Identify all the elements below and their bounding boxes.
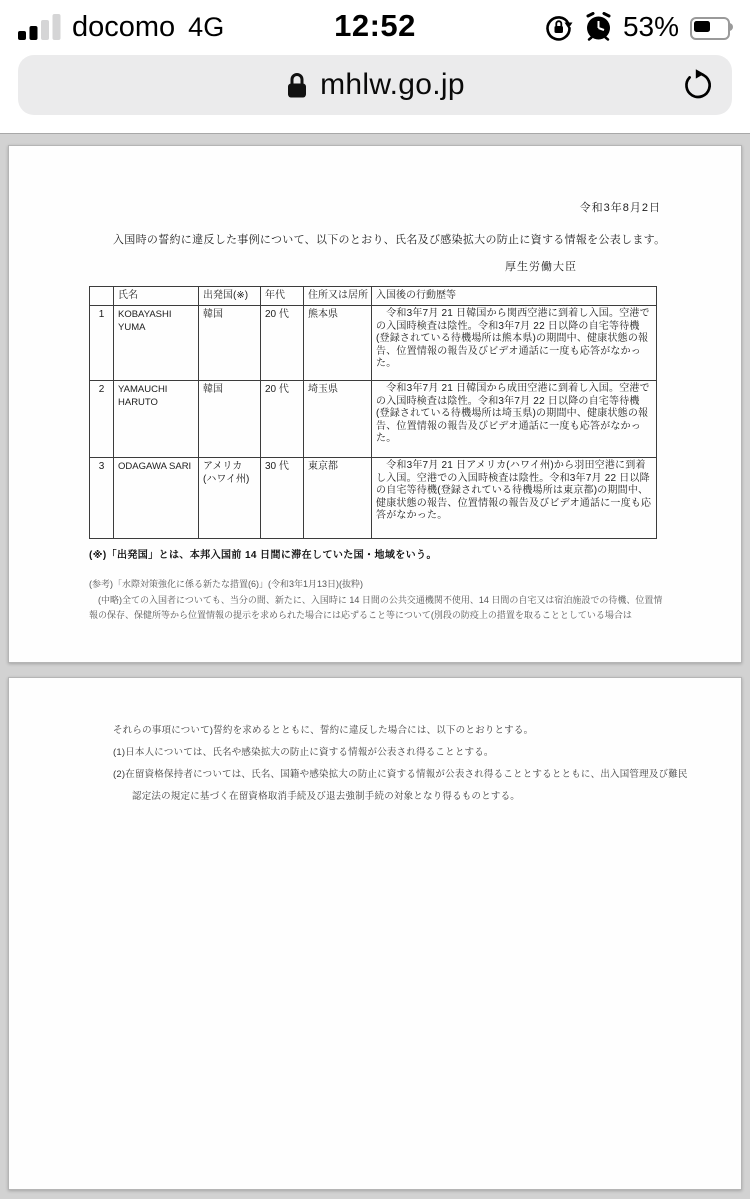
address-bar-domain: mhlw.go.jp — [320, 68, 465, 102]
battery-icon — [690, 16, 736, 38]
row-name: KOBAYASHI YUMA — [114, 306, 199, 381]
battery-percent-label: 53% — [623, 11, 679, 43]
row-country: アメリカ (ハワイ州) — [199, 458, 261, 539]
table-row: 2 YAMAUCHI HARUTO 韓国 20 代 埼玉県 令和3年7月 21 … — [90, 381, 657, 458]
col-header-index — [90, 287, 114, 306]
document-signature: 厚生労働大臣 — [505, 258, 577, 274]
orientation-lock-icon — [543, 12, 574, 43]
reference-body: (中略)全ての入国者についても、当分の間、新たに、入国時に 14 日間の公共交通… — [89, 593, 665, 624]
pdf-viewer[interactable]: 令和3年8月2日 入国時の誓約に違反した事例について、以下のとおり、氏名及び感染… — [0, 134, 750, 1199]
document-date: 令和3年8月2日 — [580, 199, 661, 215]
row-number: 2 — [90, 381, 114, 458]
pdf-page-2: それらの事項について)誓約を求めるとともに、誓約に違反した場合には、以下のとおり… — [8, 677, 742, 1190]
table-row: 1 KOBAYASHI YUMA 韓国 20 代 熊本県 令和3年7月 21 日… — [90, 306, 657, 381]
status-bar: docomo 4G 12:52 — [0, 0, 750, 54]
row-country: 韓国 — [199, 306, 261, 381]
col-header-residence: 住所又は居所 — [304, 287, 372, 306]
col-header-age: 年代 — [261, 287, 304, 306]
row-age: 20 代 — [261, 306, 304, 381]
page2-item-1: (1)日本人については、氏名や感染拡大の防止に資する情報が公表され得ることとする… — [113, 742, 697, 764]
row-age: 20 代 — [261, 381, 304, 458]
row-name: YAMAUCHI HARUTO — [114, 381, 199, 458]
reload-icon[interactable] — [680, 68, 714, 102]
page2-item-2: (2)在留資格保持者については、氏名、国籍や感染拡大の防止に資する情報が公表され… — [113, 764, 697, 808]
row-name: ODAGAWA SARI — [114, 458, 199, 539]
row-history: 令和3年7月 21 日アメリカ(ハワイ州)から羽田空港に到着し入国。空港での入国… — [372, 458, 657, 539]
row-residence: 熊本県 — [304, 306, 372, 381]
page2-text-block: それらの事項について)誓約を求めるとともに、誓約に違反した場合には、以下のとおり… — [113, 720, 697, 808]
reference-title: (参考)「水際対策強化に係る新たな措置(6)」(令和3年1月13日)(抜粋) — [89, 577, 665, 593]
table-footnote: (※)「出発国」とは、本邦入国前 14 日間に滞在していた国・地域をいう。 — [89, 546, 437, 561]
pdf-page-1: 令和3年8月2日 入国時の誓約に違反した事例について、以下のとおり、氏名及び感染… — [8, 145, 742, 663]
row-history: 令和3年7月 21 日韓国から成田空港に到着し入国。空港での入国時検査は陰性。令… — [372, 381, 657, 458]
violations-table: 氏名 出発国(※) 年代 住所又は居所 入国後の行動歴等 1 KOBAYASHI… — [89, 286, 657, 539]
safari-toolbar: mhlw.go.jp — [18, 55, 732, 115]
col-header-name: 氏名 — [114, 287, 199, 306]
col-header-country: 出発国(※) — [199, 287, 261, 306]
safari-header: docomo 4G 12:52 — [0, 0, 750, 134]
address-bar[interactable]: mhlw.go.jp — [18, 55, 732, 115]
document-intro: 入国時の誓約に違反した事例について、以下のとおり、氏名及び感染拡大の防止に資する… — [113, 231, 665, 247]
status-bar-right: 53% — [543, 0, 736, 54]
reference-note: (参考)「水際対策強化に係る新たな措置(6)」(令和3年1月13日)(抜粋) (… — [89, 577, 665, 624]
row-number: 3 — [90, 458, 114, 539]
col-header-history: 入国後の行動歴等 — [372, 287, 657, 306]
row-country: 韓国 — [199, 381, 261, 458]
https-lock-icon — [285, 70, 309, 100]
alarm-clock-icon — [583, 12, 614, 43]
row-residence: 東京都 — [304, 458, 372, 539]
table-header-row: 氏名 出発国(※) 年代 住所又は居所 入国後の行動歴等 — [90, 287, 657, 306]
row-residence: 埼玉県 — [304, 381, 372, 458]
row-number: 1 — [90, 306, 114, 381]
row-history: 令和3年7月 21 日韓国から関西空港に到着し入国。空港での入国時検査は陰性。令… — [372, 306, 657, 381]
table-row: 3 ODAGAWA SARI アメリカ (ハワイ州) 30 代 東京都 令和3年… — [90, 458, 657, 539]
page2-paragraph: それらの事項について)誓約を求めるとともに、誓約に違反した場合には、以下のとおり… — [113, 720, 697, 742]
row-age: 30 代 — [261, 458, 304, 539]
